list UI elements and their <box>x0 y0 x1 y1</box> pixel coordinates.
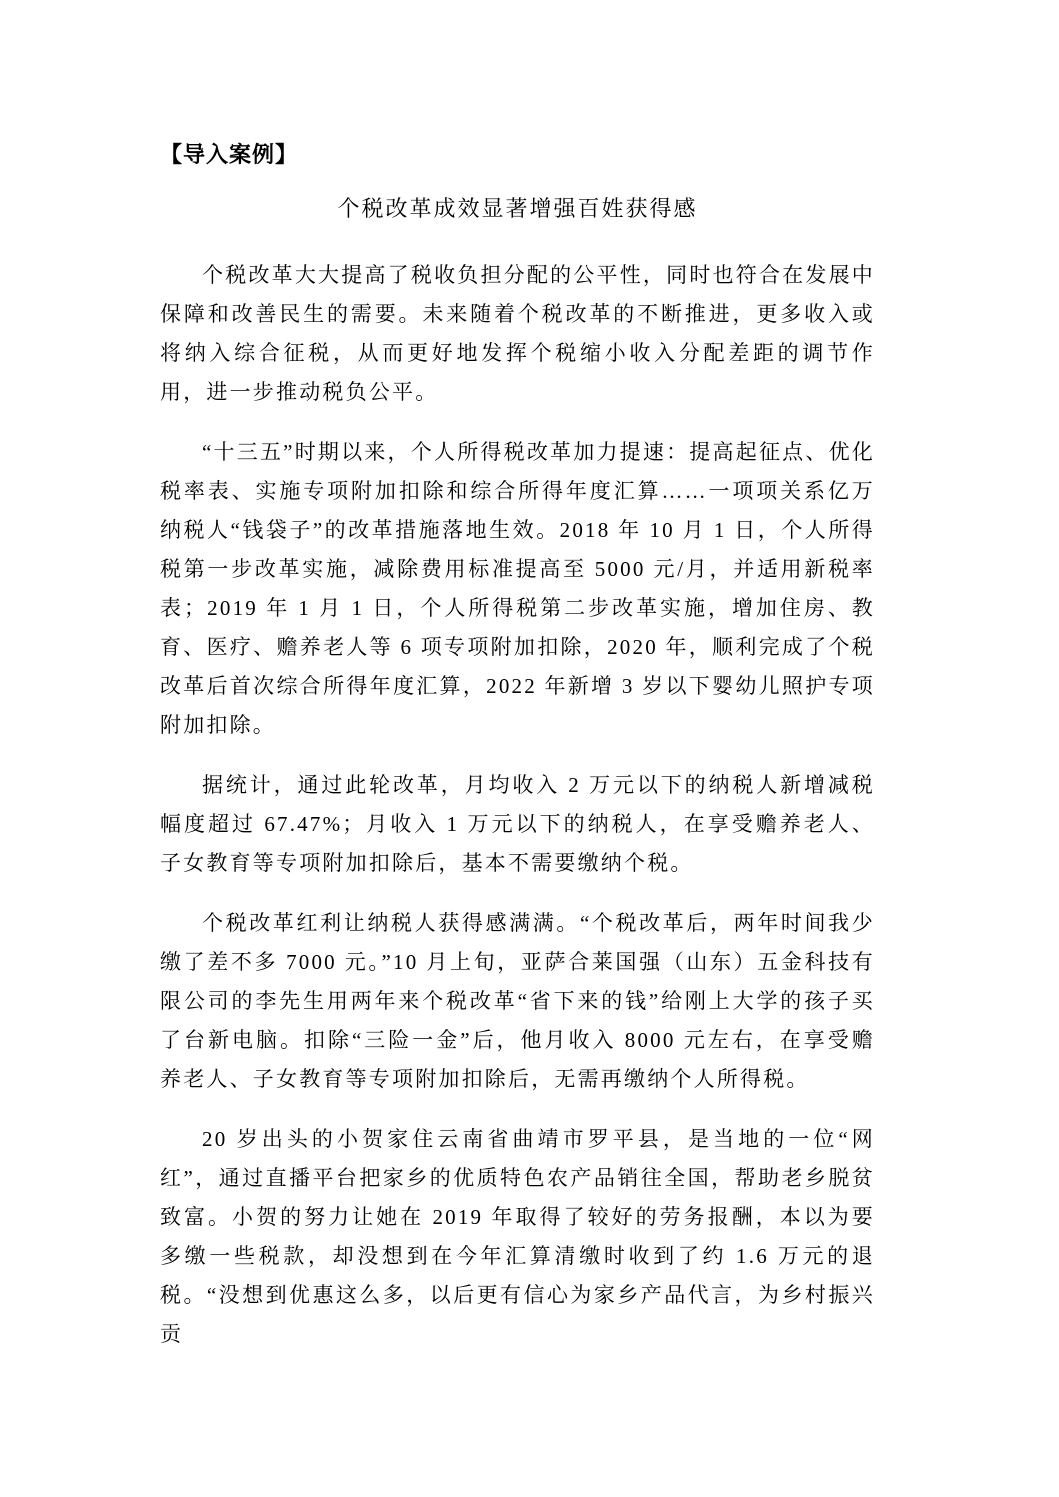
body-paragraph: 据统计，通过此轮改革，月均收入 2 万元以下的纳税人新增减税幅度超过 67.47… <box>160 766 875 883</box>
article-body: 个税改革大大提高了税收负担分配的公平性，同时也符合在发展中保障和改善民生的需要。… <box>160 256 875 1354</box>
article-title: 个税改革成效显著增强百姓获得感 <box>160 195 875 223</box>
section-label: 【导入案例】 <box>160 142 875 168</box>
body-paragraph: 个税改革大大提高了税收负担分配的公平性，同时也符合在发展中保障和改善民生的需要。… <box>160 256 875 412</box>
body-paragraph: “十三五”时期以来，个人所得税改革加力提速：提高起征点、优化税率表、实施专项附加… <box>160 433 875 745</box>
body-paragraph: 个税改革红利让纳税人获得感满满。“个税改革后，两年时间我少缴了差不多 7000 … <box>160 904 875 1099</box>
document-page: 【导入案例】 个税改革成效显著增强百姓获得感 个税改革大大提高了税收负担分配的公… <box>0 0 1059 1497</box>
body-paragraph: 20 岁出头的小贺家住云南省曲靖市罗平县，是当地的一位“网红”，通过直播平台把家… <box>160 1120 875 1354</box>
